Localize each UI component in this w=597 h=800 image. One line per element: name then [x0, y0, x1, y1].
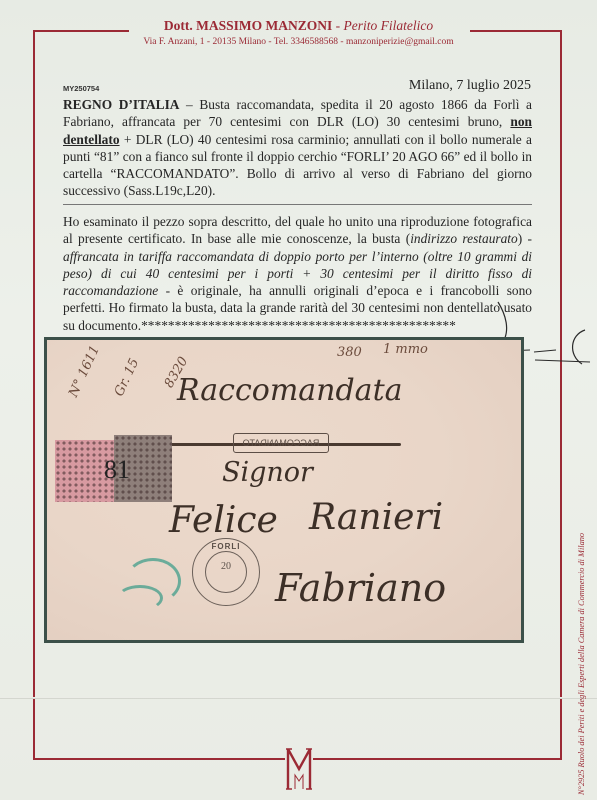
cover-photo: N° 1611 Gr. 15 8320 380 1 mmo Raccomanda… — [44, 337, 524, 643]
numeral-cancel: 81 — [104, 455, 130, 485]
cds-town: FORLI — [193, 542, 259, 551]
handwritten-raccomandata: Raccomandata — [177, 373, 403, 408]
frame-line-right — [560, 30, 562, 759]
handwritten-number-380: 380 — [337, 345, 362, 360]
cds-inner-ring — [205, 551, 247, 593]
handwritten-signor: Signor — [222, 457, 313, 488]
expert-address: Via F. Anzani, 1 - 20135 Milano - Tel. 3… — [0, 37, 597, 47]
expert-header: Dott. MASSIMO MANZONI - Perito Filatelic… — [0, 18, 597, 34]
opinion-filler: ****************************************… — [141, 318, 456, 333]
place-date: Milano, 7 luglio 2025 — [409, 78, 531, 94]
blue-mark — [117, 585, 163, 611]
frame-line-bottom-right — [313, 758, 562, 760]
opinion-paragraph: Ho esaminato il pezzo sopra descritto, d… — [63, 213, 532, 334]
expert-name: Dott. MASSIMO MANZONI — [164, 18, 332, 33]
opinion-text: ) - — [518, 231, 532, 246]
raccomandato-box-cancel: RACCOMANDATO — [233, 433, 329, 453]
description-paragraph: REGNO D’ITALIA – Busta raccomandata, spe… — [63, 96, 532, 200]
forli-date-cancel: FORLI 20 — [192, 538, 260, 606]
expert-title: Perito Filatelico — [344, 18, 434, 33]
section-divider — [63, 204, 532, 205]
handwritten-weight: Gr. 15 — [112, 356, 142, 399]
handwritten-registration-number: N° 1611 — [66, 343, 103, 399]
paper-fold — [0, 697, 597, 699]
opinion-italic: indirizzo restaurato — [410, 231, 518, 246]
handwritten-note: 1 mmo — [383, 342, 428, 357]
description-text: + DLR (LO) 40 centesimi rosa carminio; a… — [63, 132, 532, 199]
description-heading: REGNO D’ITALIA — [63, 97, 179, 112]
cds-day: 20 — [193, 561, 259, 572]
handwritten-ranieri: Ranieri — [309, 497, 443, 538]
mm-monogram-logo — [285, 745, 313, 793]
certificate-id: MY250754 — [63, 84, 99, 93]
handwritten-fabriano: Fabriano — [275, 566, 446, 610]
frame-line-left — [33, 30, 35, 759]
registry-side-text: N°2925 Ruolo dei Periti e degli Esperti … — [577, 533, 586, 795]
handwritten-felice: Felice — [169, 500, 278, 541]
header-separator: - — [332, 18, 343, 33]
frame-line-bottom-left — [33, 758, 285, 760]
